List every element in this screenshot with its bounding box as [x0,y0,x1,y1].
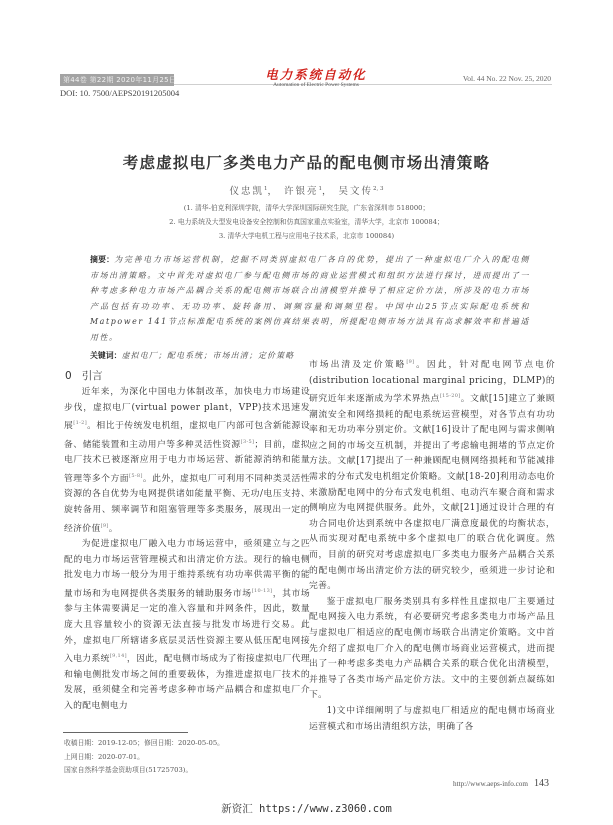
author-name: 仪忠凯 [229,186,264,197]
abstract-text: 为完善电力市场运营机制，挖掘不同类别虚拟电厂各自的优势，提出了一种虚拟电厂介入的… [90,255,530,342]
footnote-online-date: 上网日期：2020-07-01。 [64,751,224,765]
affiliation-1: (1. 清华-伯克利深圳学院，清华大学深圳国际研究生院，广东省深圳市 51800… [0,202,613,212]
paragraph: 为促进虚拟电厂融入电力市场运营中，亟须建立与之匹配的电力市场运营管理模式和出清定… [64,537,310,714]
footnote-dates: 收稿日期：2019-12-05；修回日期：2020-05-05。 [64,737,224,751]
keywords-label: 关键词： [90,351,122,360]
footnote-funding: 国家自然科学基金资助项目(51725703)。 [64,764,224,778]
citation[interactable]: [10-13] [252,588,273,594]
author-affiliation-mark: 1 [264,186,268,192]
citation[interactable]: [1-2] [73,420,87,426]
paragraph: 鉴于虚拟电厂服务类别具有多样性且虚拟电厂主要通过配电网接入电力系统，有必要研究考… [309,595,555,704]
page-footer: http://www.aeps-info.com143 [453,778,549,789]
keywords-text: 虚拟电厂；配电系统；市场出清；定价策略 [122,351,295,360]
body-column-right: 市场出清及定价策略[9]。因此，针对配电网节点电价(distribution l… [309,355,555,735]
body-column-left: 近年来，为深化中国电力体制改革，加快电力市场建设步伐，虚拟电厂(virtual … [64,385,310,714]
paragraph: 市场出清及定价策略[9]。因此，针对配电网节点电价(distribution l… [309,355,555,595]
citation[interactable]: [15-20] [440,393,461,399]
page-number: 143 [534,778,549,789]
author-name: 许银亮 [284,186,319,197]
abstract-label: 摘要： [90,255,114,264]
volume-info: Vol. 44 No. 22 Nov. 25, 2020 [463,74,551,83]
citation[interactable]: [3-5] [241,439,255,445]
watermark: 新资汇 https://www.z3060.com [0,801,613,816]
section-heading: 0引言 [65,368,103,383]
section-title: 引言 [82,370,103,382]
footnotes: 收稿日期：2019-12-05；修回日期：2020-05-05。 上网日期：20… [64,737,224,778]
paper-title: 考虑虚拟电厂多类电力产品的配电侧市场出清策略 [0,151,613,173]
journal-url[interactable]: http://www.aeps-info.com [453,780,528,788]
doi: DOI: 10. 7500/AEPS20191205004 [60,88,179,98]
abstract: 摘要：为完善电力市场运营机制，挖掘不同类别虚拟电厂各自的优势，提出了一种虚拟电厂… [90,252,530,346]
citation[interactable]: [9] [101,523,109,529]
citation[interactable]: [5-8] [129,473,143,479]
affiliation-3: 3. 清华大学电机工程与应用电子技术系，北京市 100084) [0,230,613,240]
journal-name-en: Automation of Electric Power Systems [236,82,396,89]
paragraph: 近年来，为深化中国电力体制改革，加快电力市场建设步伐，虚拟电厂(virtual … [64,385,310,537]
section-number: 0 [65,370,72,382]
author-affiliation-mark: 1 [319,186,323,192]
citation[interactable]: [9,14] [110,653,127,659]
author-name: 吴文传 [339,186,374,197]
author-list: 仪忠凯1， 许银亮1， 吴文传2, 3 [0,183,613,197]
journal-logo: 电力系统自动化 Automation of Electric Power Sys… [236,68,396,89]
affiliation-2: 2. 电力系统及大型发电设备安全控制和仿真国家重点实验室，清华大学，北京市 10… [0,216,613,226]
paragraph: 1)文中详细阐明了与虚拟电厂相适应的配电侧市场商业运营模式和市场出清组织方法，明… [309,704,555,735]
footnote-divider [63,732,188,733]
journal-name-cn: 电力系统自动化 [236,68,396,82]
author-affiliation-mark: 2, 3 [373,186,384,192]
issue-info-bar: 第44卷 第22期 2020年11月25日 [60,74,174,86]
